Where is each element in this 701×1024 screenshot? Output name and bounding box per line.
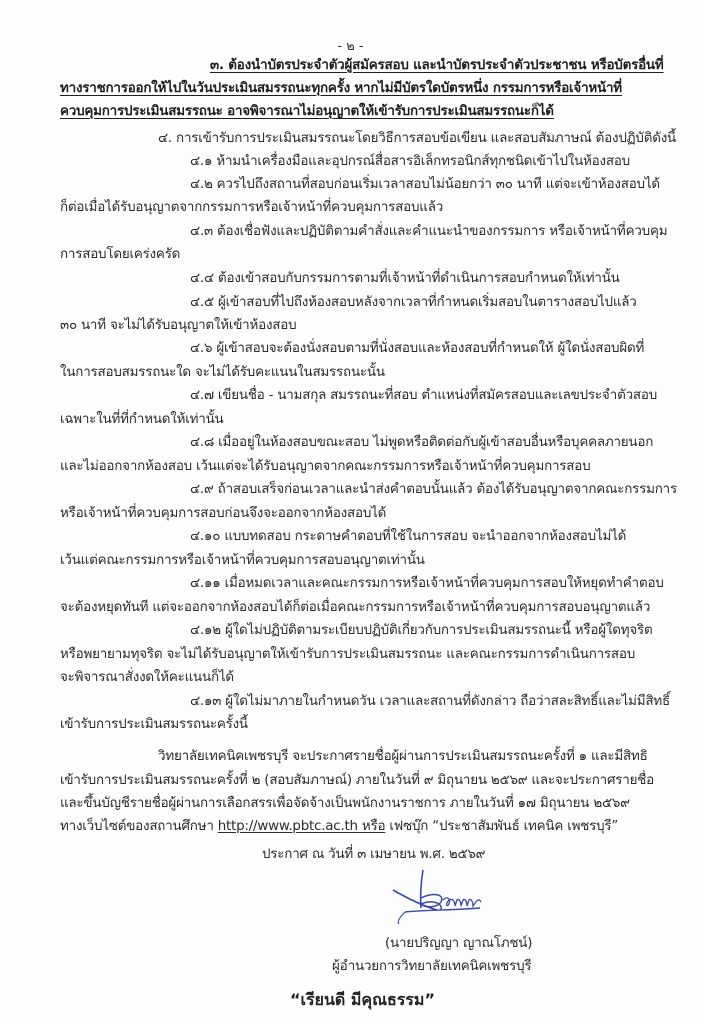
item-4-13: ๔.๑๓ ผู้ใดไม่มาภายในกำหนดวัน เวลาและสถาน… xyxy=(190,693,670,711)
item-4-2-cont: ก็ต่อเมื่อได้รับอนุญาตจากกรรมการหรือเจ้า… xyxy=(60,199,443,217)
signatory-name: (นายปริญญา ญาณโภชน์) xyxy=(385,935,532,953)
website-label: ทางเว็บไซต์ของสถานศึกษา xyxy=(60,819,218,834)
signatory-title: ผู้อำนวยการวิทยาลัยเทคนิคเพชรบุรี xyxy=(332,958,531,976)
section3-line-2: ทางราชการออกให้ไปในวันประเมินสมรรถนะทุกค… xyxy=(60,80,622,98)
document-page: - ๒ - ๓. ต้องนำบัตรประจำตัวผู้สมัครสอบ แ… xyxy=(0,0,701,1024)
section4-heading: ๔. การเข้ารับการประเมินสมรรถนะโดยวิธีการ… xyxy=(158,130,676,148)
item-4-12-cont-2: จะพิจารณาสั่งงดให้คะแนนก็ได้ xyxy=(60,669,234,687)
section3-line-3: ควบคุมการประเมินสมรรถนะ อาจพิจารณาไม่อนุ… xyxy=(60,103,554,121)
item-4-12: ๔.๑๒ ผู้ใดไม่ปฏิบัติตามระเบียบปฏิบัติเกี… xyxy=(190,622,653,640)
announcement-line-4: ทางเว็บไซต์ของสถานศึกษา http://www.pbtc.… xyxy=(60,818,618,836)
item-4-5-cont: ๓๐ นาที จะไม่ได้รับอนุญาตให้เข้าห้องสอบ xyxy=(60,317,296,335)
item-4-2: ๔.๒ ควรไปถึงสถานที่สอบก่อนเริ่มเวลาสอบไม… xyxy=(190,176,660,194)
page-number: - ๒ - xyxy=(0,35,701,56)
item-4-3-cont: การสอบโดยเคร่งครัด xyxy=(60,246,180,264)
item-4-11-cont: จะต้องหยุดทันที แต่จะออกจากห้องสอบได้ก็ต… xyxy=(60,599,650,617)
item-4-10-cont: เว้นแต่คณะกรรมการหรือเจ้าหน้าที่ควบคุมกา… xyxy=(60,552,425,570)
item-4-7: ๔.๗ เขียนชื่อ - นามสกุล สมรรถนะที่สอบ ตำ… xyxy=(190,387,657,405)
item-4-13-cont: เข้ารับการประเมินสมรรถนะครั้งนี้ xyxy=(60,716,248,734)
item-4-9: ๔.๙ ถ้าสอบเสร็จก่อนเวลาและนำส่งคำตอบนั้น… xyxy=(190,481,677,499)
item-4-8: ๔.๘ เมื่ออยู่ในห้องสอบขณะสอบ ไม่พูดหรือต… xyxy=(190,434,653,452)
item-4-1: ๔.๑ ห้ามนำเครื่องมือและอุปกรณ์สื่อสารอิเ… xyxy=(190,153,630,171)
section3-line-1: ๓. ต้องนำบัตรประจำตัวผู้สมัครสอบ และนำบั… xyxy=(210,57,664,75)
item-4-12-cont-1: หรือพยายามทุจริต จะไม่ได้รับอนุญาตให้เข้… xyxy=(60,646,635,664)
item-4-7-cont: เฉพาะในที่ที่กำหนดให้เท่านั้น xyxy=(60,411,223,429)
announcement-line-2: เข้ารับการประเมินสมรรถนะครั้งที่ ๒ (สอบส… xyxy=(60,772,654,790)
item-4-9-cont: หรือเจ้าหน้าที่ควบคุมการสอบก่อนจึงจะออกจ… xyxy=(60,505,386,523)
dateline: ประกาศ ณ วันที่ ๓ เมษายน พ.ศ. ๒๕๖๙ xyxy=(262,846,485,864)
item-4-3: ๔.๓ ต้องเชื่อฟังและปฏิบัติตามคำสั่งและคำ… xyxy=(190,223,667,241)
item-4-6: ๔.๖ ผู้เข้าสอบจะต้องนั่งสอบตามที่นั่งสอบ… xyxy=(190,340,644,358)
item-4-8-cont: และไม่ออกจากห้องสอบ เว้นแต่จะได้รับอนุญา… xyxy=(60,458,590,476)
item-4-10: ๔.๑๐ แบบทดสอบ กระดาษคำตอบที่ใช้ในการสอบ … xyxy=(190,528,626,546)
item-4-4: ๔.๔ ต้องเข้าสอบกับกรรมการตามที่เจ้าหน้าท… xyxy=(190,270,620,288)
announcement-line-3: และขึ้นบัญชีรายชื่อผู้ผ่านการเลือกสรรเพื… xyxy=(60,795,630,813)
signature-image xyxy=(385,868,505,928)
item-4-5: ๔.๕ ผู้เข้าสอบที่ไปถึงห้องสอบหลังจากเวลา… xyxy=(190,294,637,312)
announcement-line-1: วิทยาลัยเทคนิคเพชรบุรี จะประกาศรายชื่อผู… xyxy=(158,748,648,766)
motto: “เรียนดี มีคุณธรรม” xyxy=(290,988,435,1013)
item-4-11: ๔.๑๑ เมื่อหมดเวลาและคณะกรรมการหรือเจ้าหน… xyxy=(190,575,664,593)
facebook-label: เฟซบุ๊ก “ประชาสัมพันธ์ เทคนิค เพชรบุรี” xyxy=(385,819,618,834)
website-link[interactable]: http://www.pbtc.ac.th หรือ xyxy=(218,819,386,834)
item-4-6-cont: ในการสอบสมรรถนะใด จะไม่ได้รับคะแนนในสมรร… xyxy=(60,364,385,382)
